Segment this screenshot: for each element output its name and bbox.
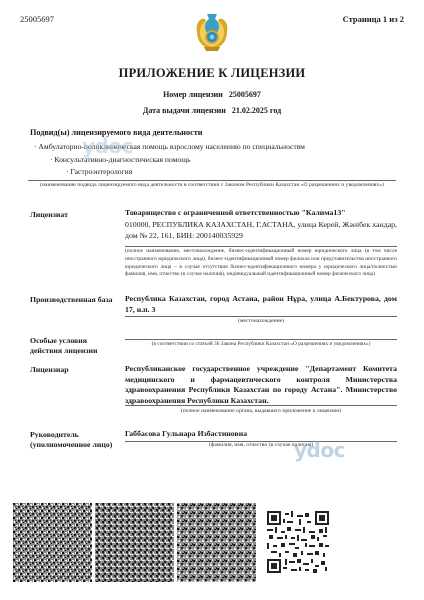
2d-barcode-icon bbox=[13, 503, 92, 582]
divider bbox=[125, 316, 397, 317]
license-number-value: 25005697 bbox=[229, 90, 261, 99]
licensee-address: 010000, РЕСПУБЛИКА КАЗАХСТАН, Г.АСТАНА, … bbox=[125, 220, 397, 241]
special-conditions-label: Особые условия действия лицензии bbox=[30, 336, 98, 356]
watermark: ydoc bbox=[82, 134, 133, 158]
license-date-label: Дата выдачи лицензии bbox=[143, 106, 226, 115]
head-name: Габбасова Гульнара Избастиновна bbox=[125, 429, 397, 440]
document-title: ПРИЛОЖЕНИЕ К ЛИЦЕНЗИИ bbox=[0, 66, 424, 81]
head-label: Руководитель (уполномоченное лицо) bbox=[30, 430, 112, 450]
special-conditions-caption: (в соответствии со статьей 36 Закона Рес… bbox=[125, 341, 397, 348]
page-indicator: Страница 1 из 2 bbox=[343, 14, 404, 24]
verification-codes bbox=[13, 503, 413, 583]
divider bbox=[125, 339, 397, 340]
licensee-label: Лицензиат bbox=[30, 210, 68, 220]
licensor-value: Республиканское государственное учрежден… bbox=[125, 364, 397, 406]
subtypes-caption: (наименование подвида лицензируемого вид… bbox=[28, 182, 396, 189]
head-caption: (фамилия, имя, отчество (в случае наличи… bbox=[125, 442, 397, 449]
licensee-caption: (полное наименование, местонахождение, б… bbox=[125, 248, 397, 279]
license-date-row: Дата выдачи лицензии 21.02.2025 год bbox=[0, 106, 424, 115]
special-conditions-label-line2: действия лицензии bbox=[30, 346, 98, 356]
license-number-label: Номер лицензии bbox=[163, 90, 223, 99]
production-base-value: Республика Казахстан, город Астана, райо… bbox=[125, 294, 397, 315]
divider bbox=[28, 180, 396, 181]
licensee-name: Товарищество с ограниченной ответственно… bbox=[125, 208, 397, 219]
2d-barcode-icon bbox=[95, 503, 174, 582]
2d-barcode-icon bbox=[177, 503, 256, 582]
watermark: ydoc bbox=[294, 438, 345, 462]
kazakhstan-state-emblem-icon bbox=[192, 10, 232, 54]
production-base-caption: (местонахождение) bbox=[125, 318, 397, 325]
subtype-item: · Амбулаторно-поликлиническая помощь взр… bbox=[34, 142, 305, 151]
license-date-value: 21.02.2025 год bbox=[232, 106, 281, 115]
licensor-caption: (полное наименование органа, выдавшего п… bbox=[125, 408, 397, 415]
divider bbox=[125, 246, 397, 247]
document-number: 25005697 bbox=[20, 14, 54, 24]
subtype-item: · Гастроэнтерология bbox=[66, 167, 132, 176]
license-appendix-page: 25005697 Страница 1 из 2 ПРИЛОЖЕНИЕ К ЛИ… bbox=[0, 0, 424, 600]
licensor-label: Лицензиар bbox=[30, 365, 69, 375]
production-base-label: Производственная база bbox=[30, 295, 113, 305]
qr-code-icon bbox=[267, 511, 329, 573]
head-label-line2: (уполномоченное лицо) bbox=[30, 440, 112, 450]
head-label-line1: Руководитель bbox=[30, 430, 112, 440]
license-number-row: Номер лицензии 25005697 bbox=[0, 90, 424, 99]
special-conditions-label-line1: Особые условия bbox=[30, 336, 98, 346]
divider bbox=[125, 405, 397, 406]
